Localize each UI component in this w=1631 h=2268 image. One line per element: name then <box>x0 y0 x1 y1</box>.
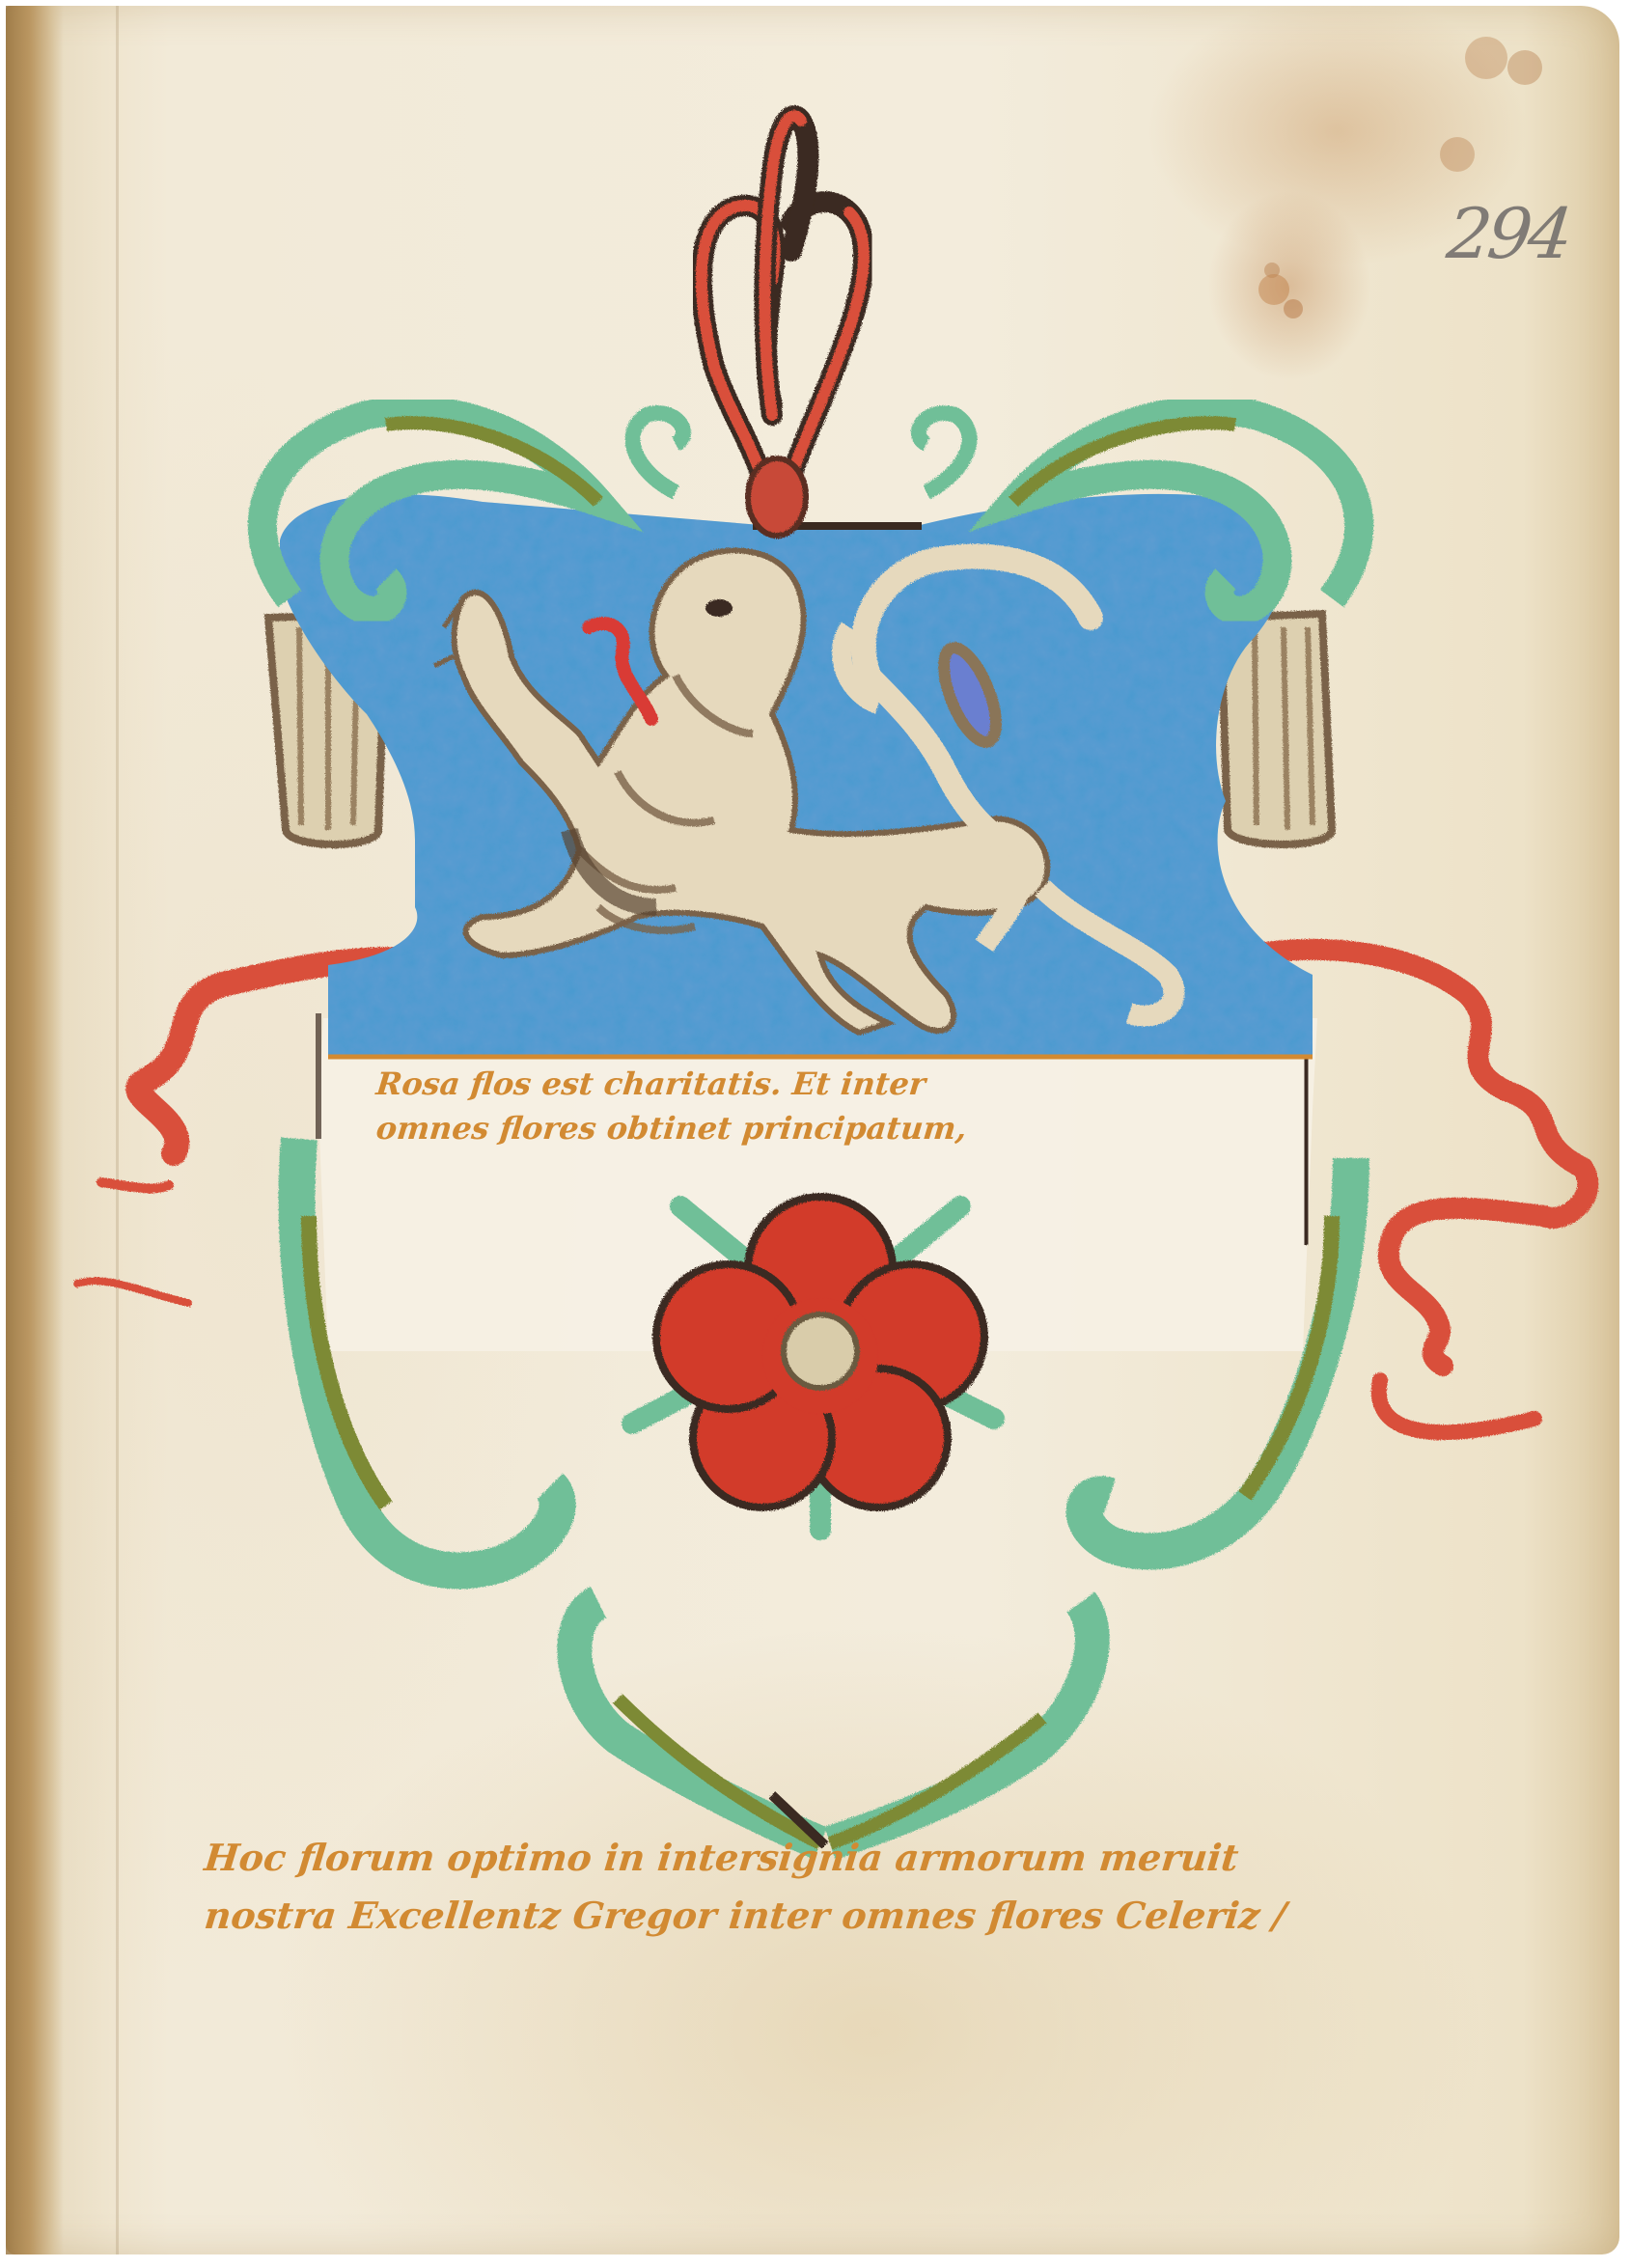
caption-line-1: Hoc florum optimo in intersignia armorum… <box>202 1829 1539 1887</box>
folio-number: 294 <box>1444 193 1573 274</box>
lion-eye <box>705 599 733 617</box>
rose-center <box>784 1314 857 1388</box>
caption-line-2: nostra Excellentz Gregor inter omnes flo… <box>202 1887 1539 1945</box>
foxing-stains <box>1258 37 1542 318</box>
motto-inscription: Rosa flos est charitatis. Et inter omnes… <box>376 1062 1245 1150</box>
caption-inscription: Hoc florum optimo in intersignia armorum… <box>205 1829 1536 1945</box>
motto-line-2: omnes flores obtinet principatum, <box>374 1106 1248 1150</box>
crest-knot <box>748 458 806 536</box>
motto-line-1: Rosa flos est charitatis. Et inter <box>374 1062 1248 1106</box>
